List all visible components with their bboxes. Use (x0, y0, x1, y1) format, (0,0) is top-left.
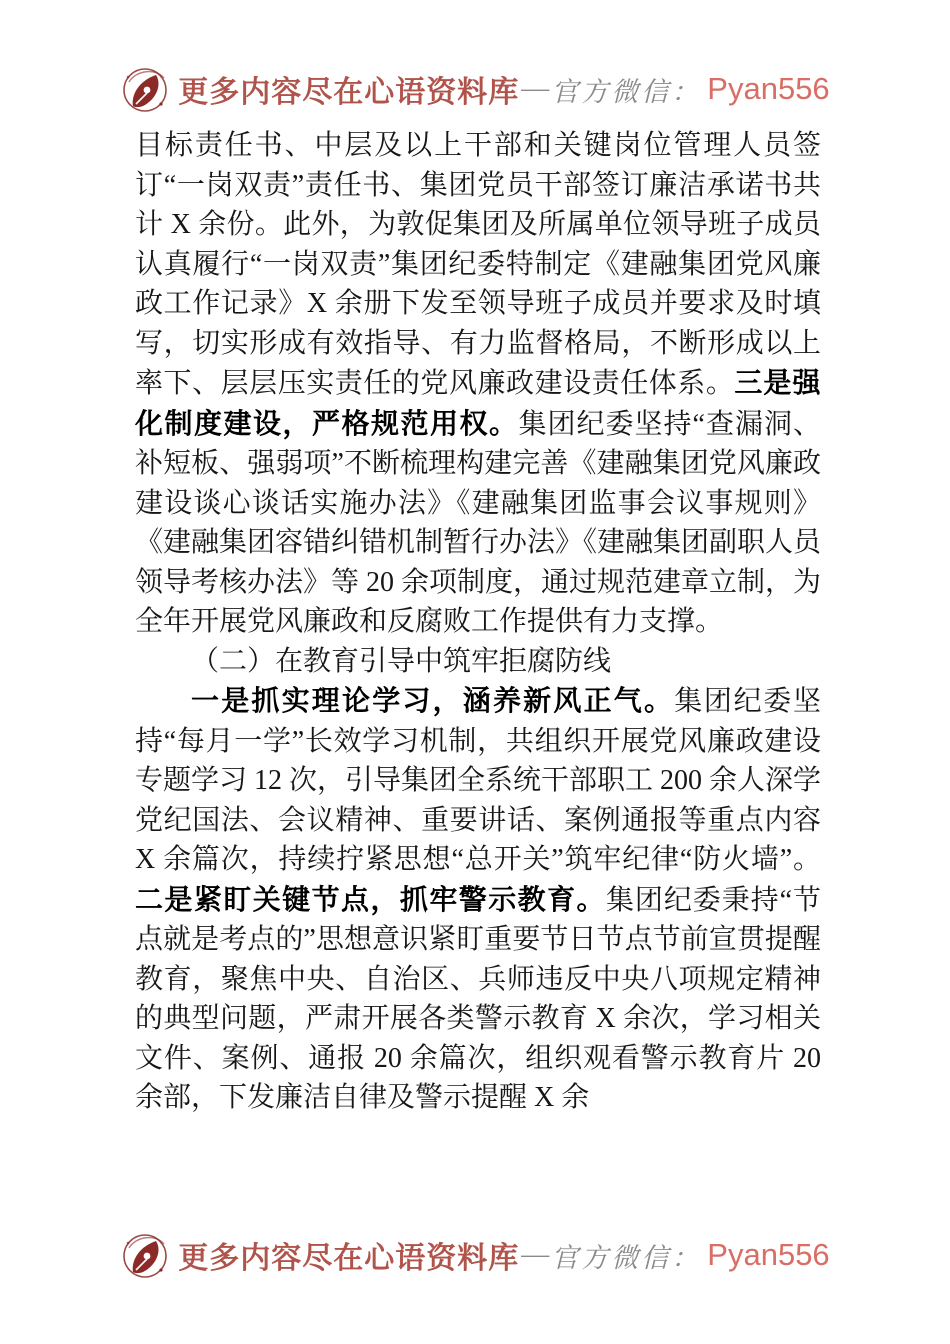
watermark-header: 更多内容尽在心语资料库 — 官方微信： Pyan556 (0, 62, 950, 116)
bold-heading-run: 一是抓实理论学习，涵养新风正气。 (191, 685, 674, 716)
wechat-id: Pyan556 (707, 1237, 829, 1273)
pen-nib-logo-icon (120, 1228, 170, 1282)
text-run: 集团纪委秉持“节点就是考点的”思想意识紧盯重要节日节点节前宣贯提醒教育，聚焦中央… (135, 885, 821, 1114)
wechat-label: 官方微信： (551, 70, 701, 109)
document-text-block: 目标责任书、中层及以上干部和关键岗位管理人员签订“一岗双责”责任书、集团党员干部… (135, 126, 821, 1118)
paragraph-education-guidance: 一是抓实理论学习，涵养新风正气。集团纪委坚持“每月一学”长效学习机制，共组织开展… (135, 681, 821, 1118)
text-run: 目标责任书、中层及以上干部和关键岗位管理人员签订“一岗双责”责任书、集团党员干部… (135, 130, 821, 399)
bold-heading-run: 二是紧盯关键节点，抓牢警示教育。 (135, 884, 606, 915)
pen-nib-logo-icon (120, 62, 170, 116)
watermark-brand-text: 更多内容尽在心语资料库 (178, 67, 519, 111)
text-run: 集团纪委坚持“查漏洞、补短板、强弱项”不断梳理构建完善《建融集团党风廉政建设谈心… (135, 409, 821, 638)
wechat-label: 官方微信： (551, 1236, 701, 1275)
paragraph-institution-building: 目标责任书、中层及以上干部和关键岗位管理人员签订“一岗双责”责任书、集团党员干部… (135, 126, 821, 642)
document-page: 更多内容尽在心语资料库 — 官方微信： Pyan556 目标责任书、中层及以上干… (0, 0, 950, 1344)
paragraph-section-heading: （二）在教育引导中筑牢拒腐防线 (135, 642, 821, 682)
wechat-id: Pyan556 (707, 71, 829, 107)
section-heading-run: （二）在教育引导中筑牢拒腐防线 (191, 646, 611, 677)
watermark-footer: 更多内容尽在心语资料库 — 官方微信： Pyan556 (0, 1228, 950, 1282)
watermark-separator: — (521, 1239, 549, 1271)
watermark-brand-text: 更多内容尽在心语资料库 (178, 1233, 519, 1277)
watermark-separator: — (521, 73, 549, 105)
